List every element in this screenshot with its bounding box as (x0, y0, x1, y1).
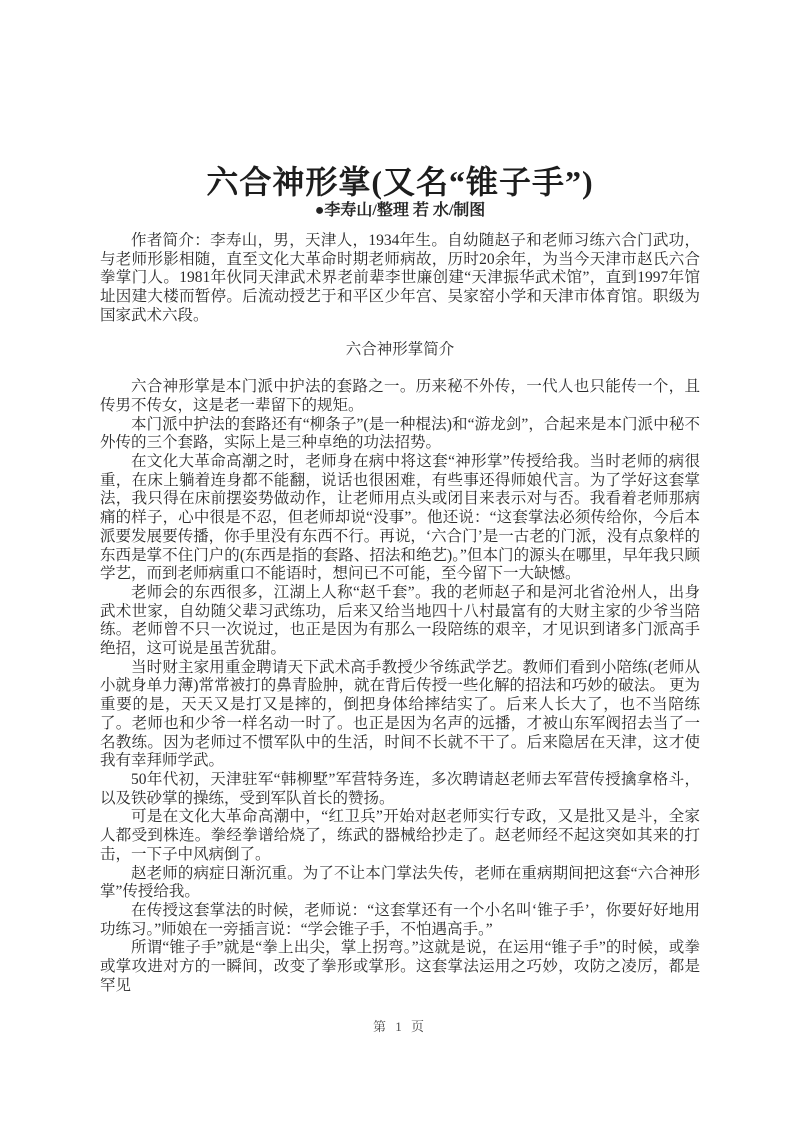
paragraph: 在文化大革命高潮之时，老师身在病中将这套“神形掌”传授给我。当时老师的病很重，在… (100, 453, 700, 584)
byline: ●李寿山/整理 若 水/制图 (0, 197, 800, 220)
paragraph: 本门派中护法的套路还有“柳条子”(是一种棍法)和“游龙剑”，合起来是本门派中秘不… (100, 416, 700, 453)
article-body: 作者简介：李寿山，男，天津人，1934年生。自幼随赵子和老师习练六合门武功，与老… (100, 232, 700, 995)
paragraph: 当时财主家用重金聘请天下武术高手教授少爷练武学艺。教师们看到小陪练(老师从小就身… (100, 659, 700, 771)
paragraph: 在传授这套掌法的时候，老师说：“这套掌还有一个小名叫‘锥子手’，你要好好地用功练… (100, 902, 700, 939)
page-number: 第 1 页 (0, 1016, 800, 1035)
paragraph: 50年代初，天津驻军“韩柳墅”军营特务连，多次聘请赵老师去军营传授擒拿格斗，以及… (100, 771, 700, 808)
paragraph: 六合神形掌是本门派中护法的套路之一。历来秘不外传，一代人也只能传一个，且传男不传… (100, 378, 700, 415)
paragraph: 所谓“锥子手”就是“拳上出尖，掌上拐弯。”这就是说，在运用“锥子手”的时候，或拳… (100, 939, 700, 995)
paragraph: 赵老师的病症日渐沉重。为了不让本门掌法失传，老师在重病期间把这套“六合神形掌”传… (100, 865, 700, 902)
paragraph: 可是在文化大革命高潮中，“红卫兵”开始对赵老师实行专政，又是批又是斗，全家人都受… (100, 808, 700, 864)
section-heading: 六合神形掌简介 (100, 341, 700, 360)
document-page: 六合神形掌(又名“锥子手”) ●李寿山/整理 若 水/制图 作者简介：李寿山，男… (0, 0, 800, 1131)
paragraph: 作者简介：李寿山，男，天津人，1934年生。自幼随赵子和老师习练六合门武功，与老… (100, 232, 700, 326)
paragraph: 老师会的东西很多，江湖上人称“赵千套”。我的老师赵子和是河北省沧州人，出身武术世… (100, 584, 700, 659)
